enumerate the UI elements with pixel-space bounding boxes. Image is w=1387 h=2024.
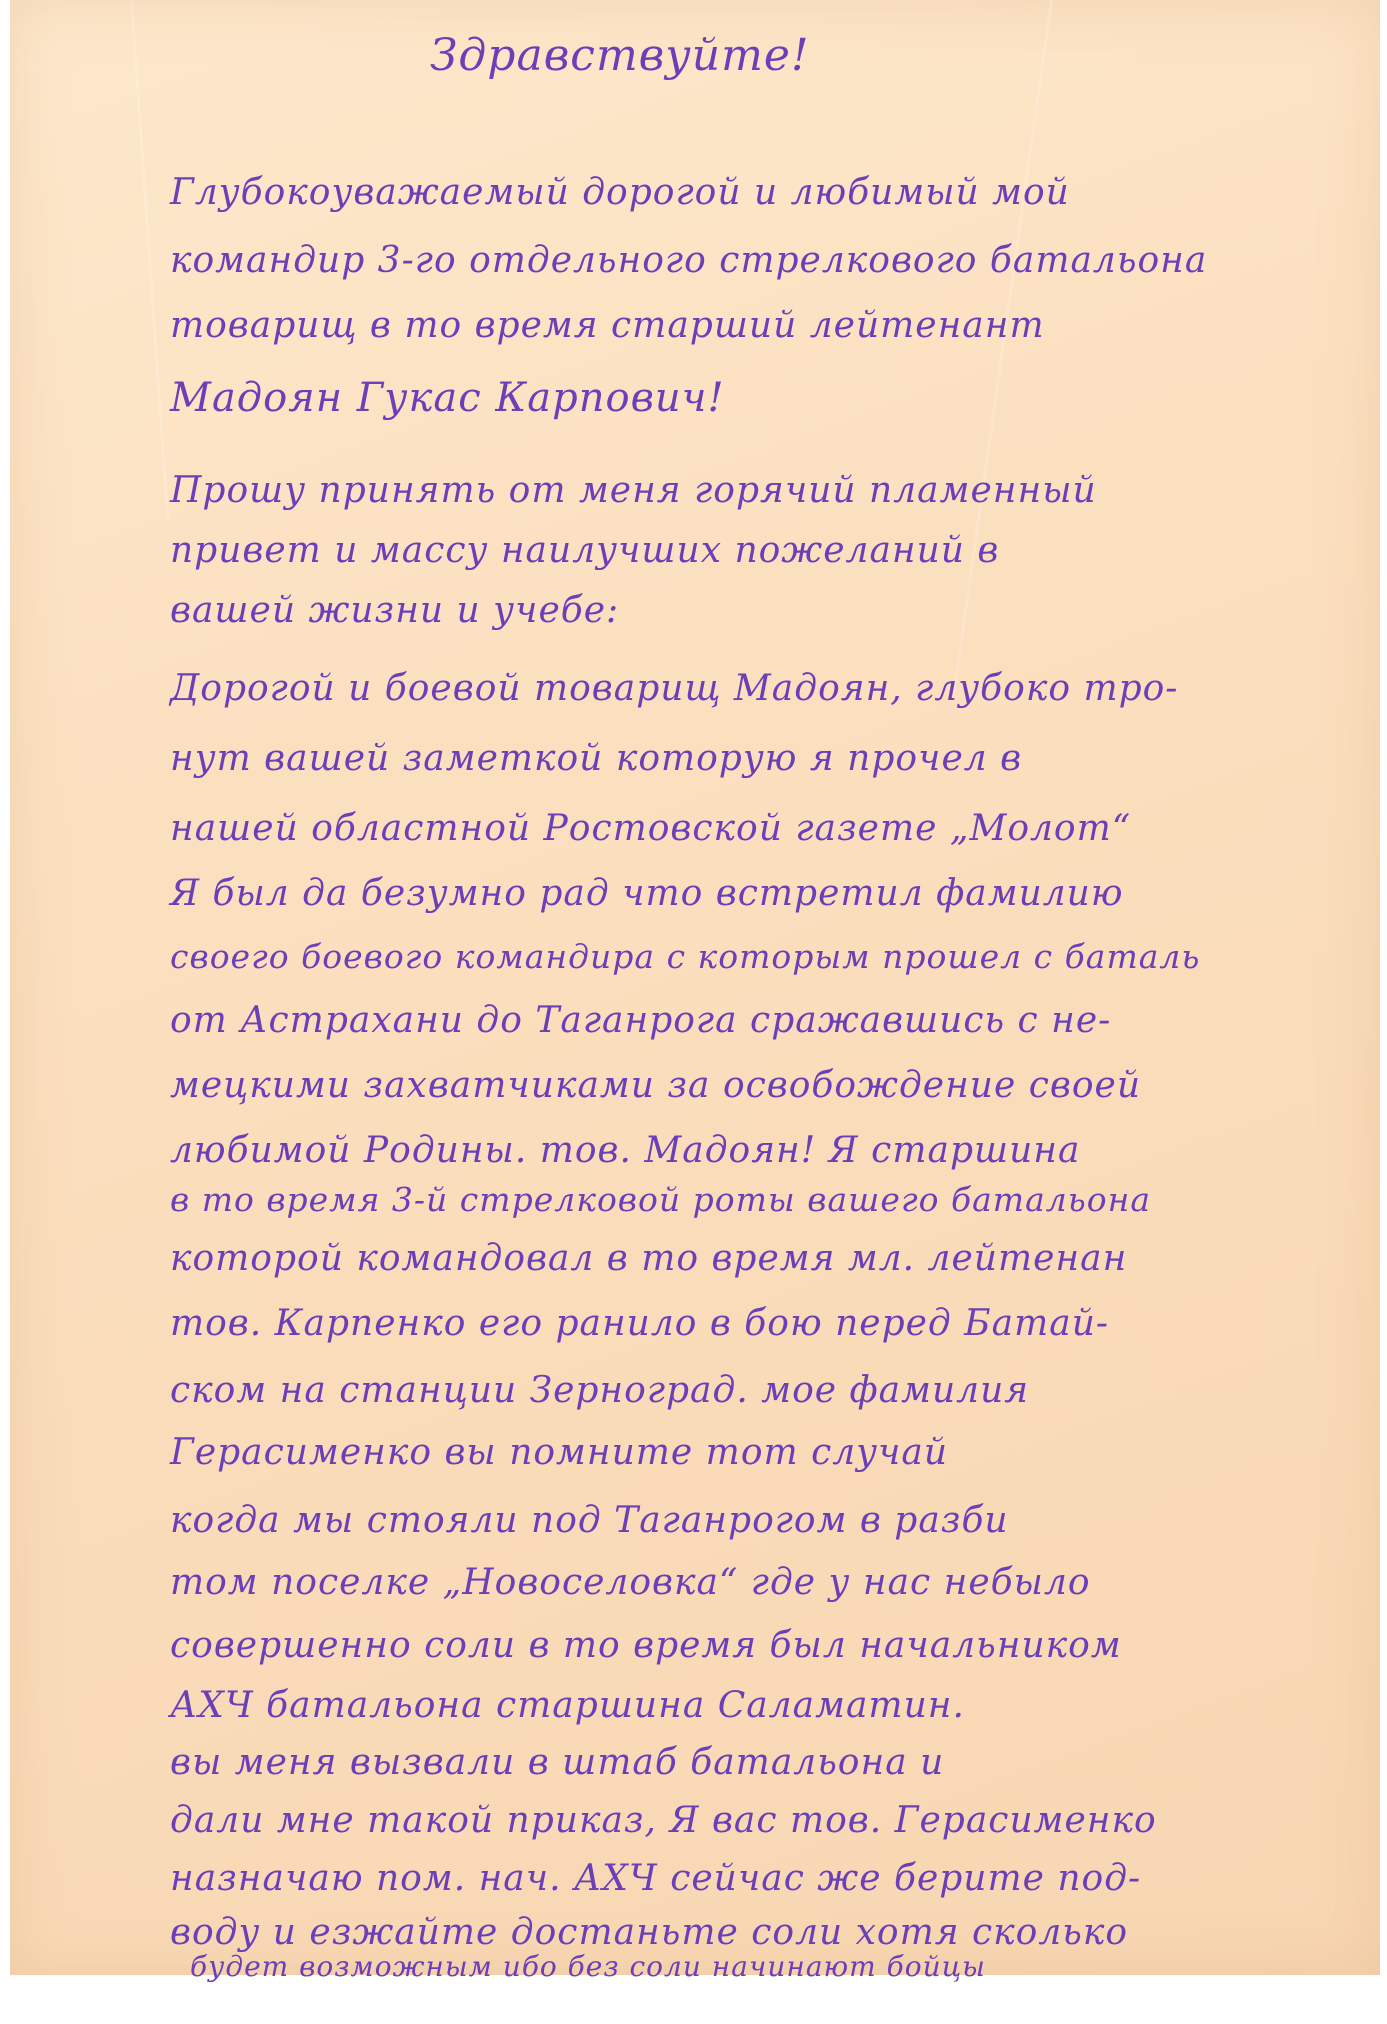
letter-line: вы меня вызвали в штаб батальона и (170, 1742, 944, 1783)
letter-line: своего боевого командира с которым проше… (170, 937, 1200, 976)
letter-line: любимой Родины. тов. Мадоян! Я старшина (170, 1130, 1080, 1171)
letter-line: в то время 3-й стрелковой роты вашего ба… (170, 1180, 1151, 1219)
letter-paper: Здравствуйте! Глубокоуважаемый дорогой и… (10, 0, 1380, 1975)
letter-line: Глубокоуважаемый дорогой и любимый мой (170, 172, 1070, 213)
letter-line: дали мне такой приказ, Я вас тов. Гераси… (170, 1800, 1157, 1841)
letter-line: воду и езжайте достаньте соли хотя сколь… (170, 1912, 1128, 1953)
letter-line: АХЧ батальона старшина Саламатин. (170, 1685, 965, 1726)
letter-line: товарищ в то время старший лейтенант (170, 305, 1045, 346)
letter-line: когда мы стояли под Таганрогом в разби (170, 1500, 1009, 1541)
letter-line: вашей жизни и учебе: (170, 590, 619, 631)
letter-line: Мадоян Гукас Карпович! (170, 375, 725, 421)
letter-line: командир 3-го отдельного стрелкового бат… (170, 240, 1207, 281)
letter-line: нашей областной Ростовской газете „Молот… (170, 808, 1131, 849)
letter-line: том поселке „Новоселовка“ где у нас небы… (170, 1562, 1091, 1603)
letter-line: будет возможным ибо без соли начинают бо… (190, 1950, 986, 1983)
paper-crease (130, 0, 169, 519)
letter-line: Я был да безумно рад что встретил фамили… (170, 873, 1124, 914)
letter-line: которой командовал в то время мл. лейтен… (170, 1238, 1127, 1279)
letter-line: Прошу принять от меня горячий пламенный (170, 470, 1097, 511)
letter-line: ском на станции Зерноград. мое фамилия (170, 1370, 1029, 1411)
greeting: Здравствуйте! (430, 30, 810, 81)
letter-line: мецкими захватчиками за освобождение сво… (170, 1065, 1141, 1106)
letter-line: совершенно соли в то время был начальник… (170, 1625, 1122, 1666)
letter-line: привет и массу наилучших пожеланий в (170, 530, 999, 571)
letter-line: Герасименко вы помните тот случай (170, 1432, 948, 1473)
letter-line: нут вашей заметкой которую я прочел в (170, 738, 1022, 779)
letter-line: от Астрахани до Таганрога сражавшись с н… (170, 1000, 1111, 1041)
letter-line: назначаю пом. нач. АХЧ сейчас же берите … (170, 1858, 1141, 1899)
paper-crease (953, 0, 1053, 694)
letter-line: Дорогой и боевой товарищ Мадоян, глубоко… (170, 668, 1178, 709)
letter-line: тов. Карпенко его ранило в бою перед Бат… (170, 1303, 1109, 1344)
